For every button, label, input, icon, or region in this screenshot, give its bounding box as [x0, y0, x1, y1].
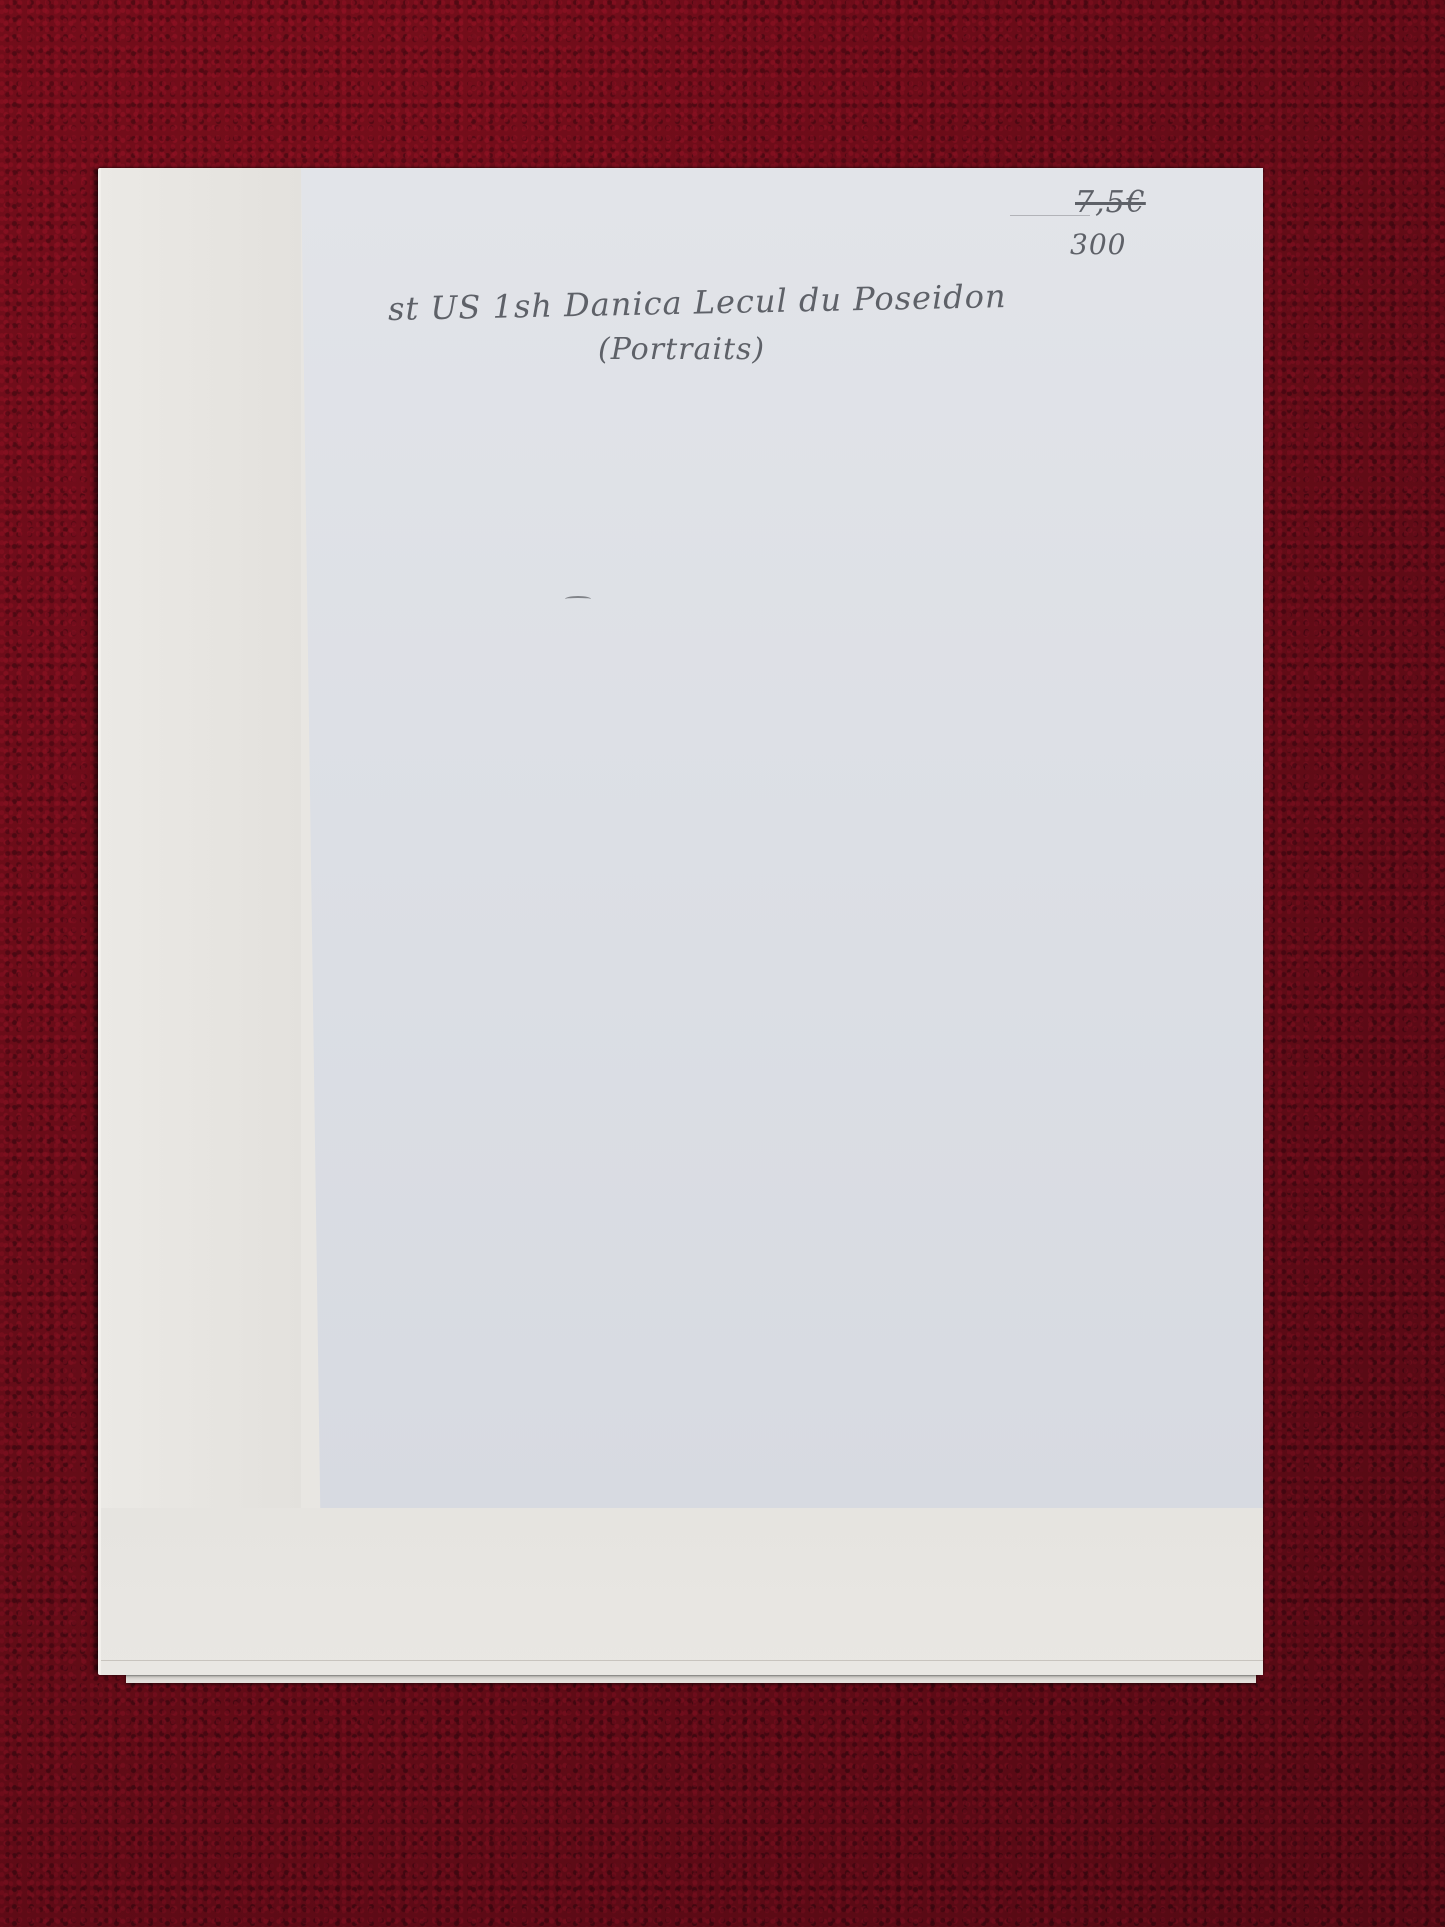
- print-image-area: [301, 168, 1263, 1508]
- bottom-white-margin: [101, 1508, 1263, 1675]
- pencil-stray-mark: [565, 596, 591, 602]
- price-annotation: 300: [1070, 228, 1126, 261]
- struck-price-annotation: 7,5€: [1075, 185, 1146, 220]
- paper-bottom-edge: [101, 1660, 1263, 1661]
- photo-print-back: [98, 168, 1263, 1675]
- left-white-margin: [101, 168, 301, 1675]
- handwritten-caption-line-2: (Portraits): [598, 332, 765, 367]
